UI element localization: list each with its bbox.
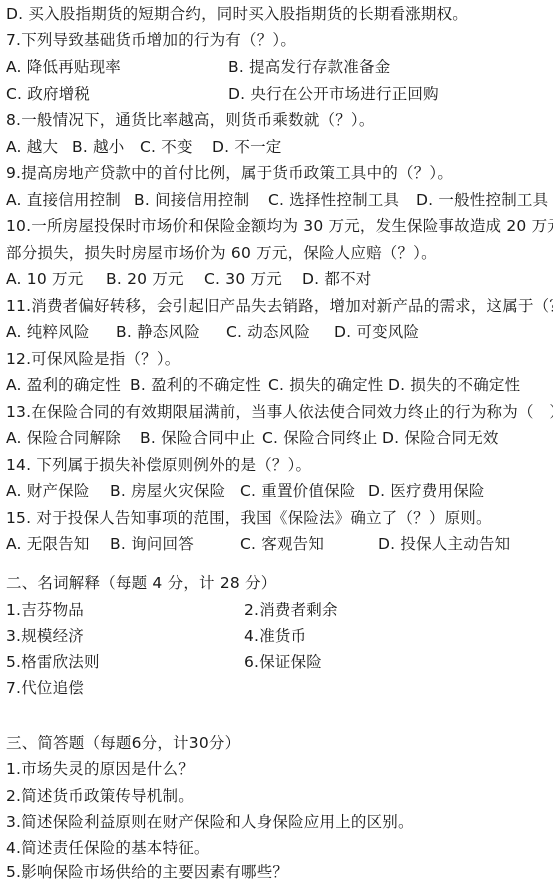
short-answer-4: 4.简述责任保险的基本特征。 xyxy=(6,838,210,858)
q11-option-b: B. 静态风险 xyxy=(116,322,200,342)
question-7-stem: 7.下列导致基础货币增加的行为有（？）。 xyxy=(6,30,296,50)
q12-option-c: C. 损失的确定性 xyxy=(268,375,383,395)
q11-option-d: D. 可变风险 xyxy=(334,322,419,342)
q12-option-d: D. 损失的不确定性 xyxy=(388,375,520,395)
q13-option-a: A. 保险合同解除 xyxy=(6,428,121,448)
term-item-5: 5.格雷欣法则 xyxy=(6,652,100,672)
question-12-stem: 12.可保风险是指（？）。 xyxy=(6,349,181,369)
q14-option-d: D. 医疗费用保险 xyxy=(368,481,485,501)
short-answer-3: 3.简述保险利益原则在财产保险和人身保险应用上的区别。 xyxy=(6,812,414,832)
term-item-6: 6.保证保险 xyxy=(244,652,322,672)
q12-option-a: A. 盈利的确定性 xyxy=(6,375,121,395)
question-10-stem-line2: 部分损失，损失时房屋市场价为 60 万元，保险人应赔（？）。 xyxy=(6,243,437,263)
term-item-3: 3.规模经济 xyxy=(6,626,84,646)
question-13-stem: 13.在保险合同的有效期限届满前，当事人依法使合同效力终止的行为称为（ ）。 xyxy=(6,402,553,422)
q9-option-a: A. 直接信用控制 xyxy=(6,190,121,210)
short-answer-5: 5.影响保险市场供给的主要因素有哪些？ xyxy=(6,862,288,882)
section-2-heading: 二、名词解释（每题 4 分，计 28 分） xyxy=(6,573,277,593)
q8-option-d: D. 不一定 xyxy=(212,137,282,157)
q15-option-a: A. 无限告知 xyxy=(6,534,90,554)
q8-option-b: B. 越小 xyxy=(72,137,125,157)
term-item-7: 7.代位追偿 xyxy=(6,678,84,698)
term-item-4: 4.准货币 xyxy=(244,626,306,646)
term-item-1: 1.吉芬物品 xyxy=(6,600,84,620)
q15-option-c: C. 客观告知 xyxy=(240,534,324,554)
q7-option-a: A. 降低再贴现率 xyxy=(6,57,121,77)
q9-option-b: B. 间接信用控制 xyxy=(134,190,249,210)
q7-option-d: D. 央行在公开市场进行正回购 xyxy=(228,84,439,104)
q13-option-b: B. 保险合同中止 xyxy=(140,428,255,448)
q10-option-a: A. 10 万元 xyxy=(6,269,83,289)
q15-option-d: D. 投保人主动告知 xyxy=(378,534,510,554)
q9-option-d: D. 一般性控制工具 xyxy=(416,190,548,210)
q13-option-c: C. 保险合同终止 xyxy=(262,428,377,448)
question-15-stem: 15. 对于投保人告知事项的范围，我国《保险法》确立了（？）原则。 xyxy=(6,508,492,528)
term-item-2: 2.消费者剩余 xyxy=(244,600,338,620)
q9-option-c: C. 选择性控制工具 xyxy=(268,190,399,210)
q10-option-c: C. 30 万元 xyxy=(204,269,282,289)
question-10-stem-line1: 10.一所房屋投保时市场价和保险金额均为 30 万元，发生保险事故造成 20 万… xyxy=(6,216,553,236)
exam-page: D. 买入股指期货的短期合约，同时买入股指期货的长期看涨期权。 7.下列导致基础… xyxy=(0,0,553,882)
q8-option-c: C. 不变 xyxy=(140,137,193,157)
question-11-stem: 11.消费者偏好转移，会引起旧产品失去销路，增加对新产品的需求，这属于（？）。 xyxy=(6,296,553,316)
q15-option-b: B. 询问回答 xyxy=(110,534,194,554)
question-14-stem: 14. 下列属于损失补偿原则例外的是（？）。 xyxy=(6,455,311,475)
q13-option-d: D. 保险合同无效 xyxy=(382,428,499,448)
question-8-stem: 8.一般情况下，通货比率越高，则货币乘数就（？）。 xyxy=(6,110,375,130)
short-answer-2: 2.简述货币政策传导机制。 xyxy=(6,786,194,806)
q7-option-c: C. 政府增税 xyxy=(6,84,90,104)
q14-option-b: B. 房屋火灾保险 xyxy=(110,481,225,501)
q14-option-a: A. 财产保险 xyxy=(6,481,90,501)
q6-option-d: D. 买入股指期货的短期合约，同时买入股指期货的长期看涨期权。 xyxy=(6,4,468,24)
q12-option-b: B. 盈利的不确定性 xyxy=(130,375,261,395)
q11-option-c: C. 动态风险 xyxy=(226,322,310,342)
short-answer-1: 1.市场失灵的原因是什么？ xyxy=(6,759,194,779)
q10-option-b: B. 20 万元 xyxy=(106,269,184,289)
q7-option-b: B. 提高发行存款准备金 xyxy=(228,57,390,77)
q10-option-d: D. 都不对 xyxy=(302,269,372,289)
q11-option-a: A. 纯粹风险 xyxy=(6,322,90,342)
q14-option-c: C. 重置价值保险 xyxy=(240,481,355,501)
question-9-stem: 9.提高房地产贷款中的首付比例，属于货币政策工具中的（？）。 xyxy=(6,163,453,183)
section-3-heading: 三、简答题（每题6分，计30分） xyxy=(6,733,240,753)
q8-option-a: A. 越大 xyxy=(6,137,58,157)
